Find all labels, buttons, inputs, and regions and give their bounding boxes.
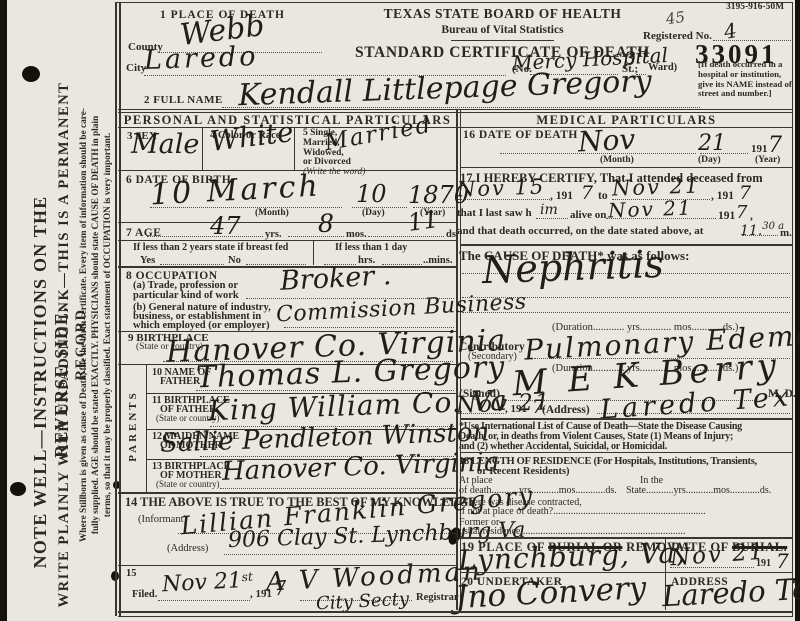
less-than-day-label: If less than 1 day: [335, 243, 407, 254]
ward-label: Ward): [648, 62, 677, 73]
border: [115, 2, 117, 616]
from-year-field[interactable]: 7: [581, 185, 593, 202]
no-label: No: [228, 255, 241, 266]
scan-edge-right: [795, 0, 800, 621]
parents-label: PARENTS: [127, 364, 139, 488]
filed-number: 15: [126, 568, 137, 579]
yrs-label: yrs.: [265, 229, 282, 240]
border: [119, 2, 121, 616]
rule: [118, 611, 793, 613]
registrar-title-field[interactable]: City Secty: [316, 592, 410, 613]
death-time-main: 11.: [740, 223, 762, 239]
rule: [220, 488, 454, 489]
alive-on-printed: alive on: [570, 210, 606, 222]
rule: [158, 600, 250, 601]
pencil-annotation: 45: [665, 11, 686, 27]
ds-label: ds: [446, 229, 456, 240]
death-occurred-printed: and that death occurred, on the date sta…: [457, 226, 703, 238]
age-days-field[interactable]: 11: [407, 209, 440, 235]
m-label: m.: [780, 228, 792, 240]
age-label: 7 AGE: [126, 227, 161, 239]
scan-edge-left: [0, 0, 7, 621]
full-name-field[interactable]: Kendall Littlepage Gregory: [238, 68, 652, 109]
rule: [462, 297, 790, 298]
rule: [458, 199, 550, 200]
day-caption: (Day): [362, 209, 385, 219]
date-of-death-label: 16 DATE OF DEATH: [463, 129, 578, 141]
from-year-printed: , 191: [550, 190, 573, 202]
last-saw-year-field[interactable]: 7: [736, 205, 747, 221]
at-place-line: of death...........yrs...........mos....…: [459, 486, 617, 497]
margin-small-line2: fully supplied. AGE should be stated EXA…: [90, 45, 102, 605]
cell-divider: [294, 128, 295, 170]
burial-year-printed: 191: [756, 559, 771, 570]
mins-label: ..mins.: [423, 255, 452, 266]
registrar-label: Registrar: [416, 592, 459, 603]
board-title: TEXAS STATE BOARD OF HEALTH: [350, 7, 655, 21]
month-caption: (Month): [600, 156, 634, 166]
former-residence-line: usual residence.........................…: [459, 527, 685, 538]
rule: [160, 264, 224, 265]
rule: [118, 616, 793, 617]
age-years-field[interactable]: 47: [210, 216, 241, 238]
to-year-printed: , 191: [711, 190, 734, 202]
burial-year-field[interactable]: 7: [776, 552, 789, 570]
bureau-subtitle: Bureau of Vital Statistics: [350, 24, 655, 36]
last-saw-printed: that I last saw h: [457, 208, 532, 220]
father-name-label2: FATHER: [160, 377, 200, 388]
filed-date-field[interactable]: Nov 21st: [162, 571, 254, 596]
comma-printed: ,: [750, 210, 753, 222]
rule: [458, 413, 504, 414]
border: [115, 2, 793, 3]
race-field[interactable]: White: [209, 119, 295, 154]
death-time-field[interactable]: 11.30 a: [740, 222, 784, 238]
rule: [150, 207, 342, 208]
city-label: City: [126, 63, 146, 75]
disease-contracted-line: if not at place of death?...............…: [459, 507, 706, 518]
him-fill-field[interactable]: im: [540, 204, 558, 217]
rule: [451, 40, 554, 41]
month-caption: (Month): [255, 209, 289, 219]
undertaker-field[interactable]: Jno Convery: [454, 575, 647, 613]
punch-hole: [22, 66, 40, 82]
death-year-printed: 191: [751, 144, 768, 156]
undertaker-address-field[interactable]: Laredo Tex: [661, 575, 800, 610]
death-certificate: NOTE WELL—INSTRUCTIONS ON THE REVERSE SI…: [0, 0, 800, 621]
mother-birthplace-sublabel: (State or country): [156, 480, 219, 489]
rule: [670, 567, 754, 568]
day-caption: (Day): [698, 156, 721, 166]
dob-month-field[interactable]: 10 March: [149, 173, 321, 209]
informant-address-label: (Address): [167, 543, 208, 554]
city-field[interactable]: Laredo: [144, 45, 259, 73]
occupation-a-field[interactable]: Broker .: [279, 264, 392, 294]
dob-day-field[interactable]: 10: [356, 184, 387, 206]
rule: [536, 218, 568, 219]
removal-place-field[interactable]: Lynchburg, Va,: [458, 540, 687, 573]
death-day-field[interactable]: 21: [698, 134, 726, 154]
margin-small-line1: Where Stillborn is given as cause of Dea…: [78, 45, 90, 605]
breastfed-label: If less than 2 years state if breast fed: [133, 243, 288, 254]
margin-note-small: Where Stillborn is given as cause of Dea…: [78, 45, 114, 605]
rule: [147, 236, 263, 237]
attended-from-field[interactable]: Nov 15: [457, 177, 546, 199]
sex-field[interactable]: Male: [131, 133, 199, 157]
death-year-field[interactable]: 7: [768, 136, 782, 156]
rule: [460, 418, 793, 420]
burial-date-field[interactable]: Nov 21: [669, 542, 766, 569]
rule: [460, 167, 793, 168]
signed-address-label: (Address): [542, 404, 590, 416]
last-saw-date-field[interactable]: Nov 21: [608, 199, 693, 220]
hospital-note: [If death occurred in a hospital or inst…: [698, 60, 794, 99]
occupation-a-label2: particular kind of work: [133, 290, 239, 301]
occupation-b-label3: which employed (or employer): [133, 320, 270, 331]
age-months-field[interactable]: 8: [318, 213, 334, 236]
filed-date-ordinal: st: [241, 570, 253, 585]
punch-hole: [10, 482, 26, 496]
in-state-line: State...........yrs...........mos.......…: [626, 486, 771, 497]
rule: [460, 452, 793, 453]
secondary-label: (Secondary): [468, 352, 517, 363]
rule: [606, 218, 716, 219]
signed-year-printed: , 191: [505, 404, 527, 416]
rule: [368, 236, 444, 237]
cell-divider: [313, 240, 314, 265]
filed-date-main: Nov 21: [161, 568, 242, 597]
full-name-label: 2 FULL NAME: [144, 95, 223, 107]
filed-label: Filed.: [132, 589, 157, 600]
death-month-field[interactable]: Nov: [577, 127, 635, 155]
margin-small-line3: terms, so that it may be properly classi…: [102, 45, 114, 605]
rule: [462, 312, 790, 313]
cell-divider: [202, 128, 203, 170]
rule: [288, 236, 344, 237]
to-word: to: [598, 190, 608, 202]
mos-label: mos.: [346, 229, 367, 240]
registered-no-value[interactable]: 4: [723, 21, 739, 41]
last-saw-year-printed: 191: [718, 210, 735, 222]
to-year-field[interactable]: 7: [739, 185, 751, 202]
marital-label-4: or Divorced: [303, 157, 351, 167]
rule: [118, 222, 456, 223]
rule: [224, 554, 455, 555]
cause-of-death-field[interactable]: Nephritis: [481, 247, 664, 288]
yes-label: Yes: [140, 255, 155, 266]
rule: [118, 240, 456, 241]
year-caption: (Year): [755, 156, 780, 166]
intl-note-line3: and (2) whether Accidental, Suicidal, or…: [459, 442, 667, 453]
form-number: 3195-916-50M: [726, 3, 784, 13]
